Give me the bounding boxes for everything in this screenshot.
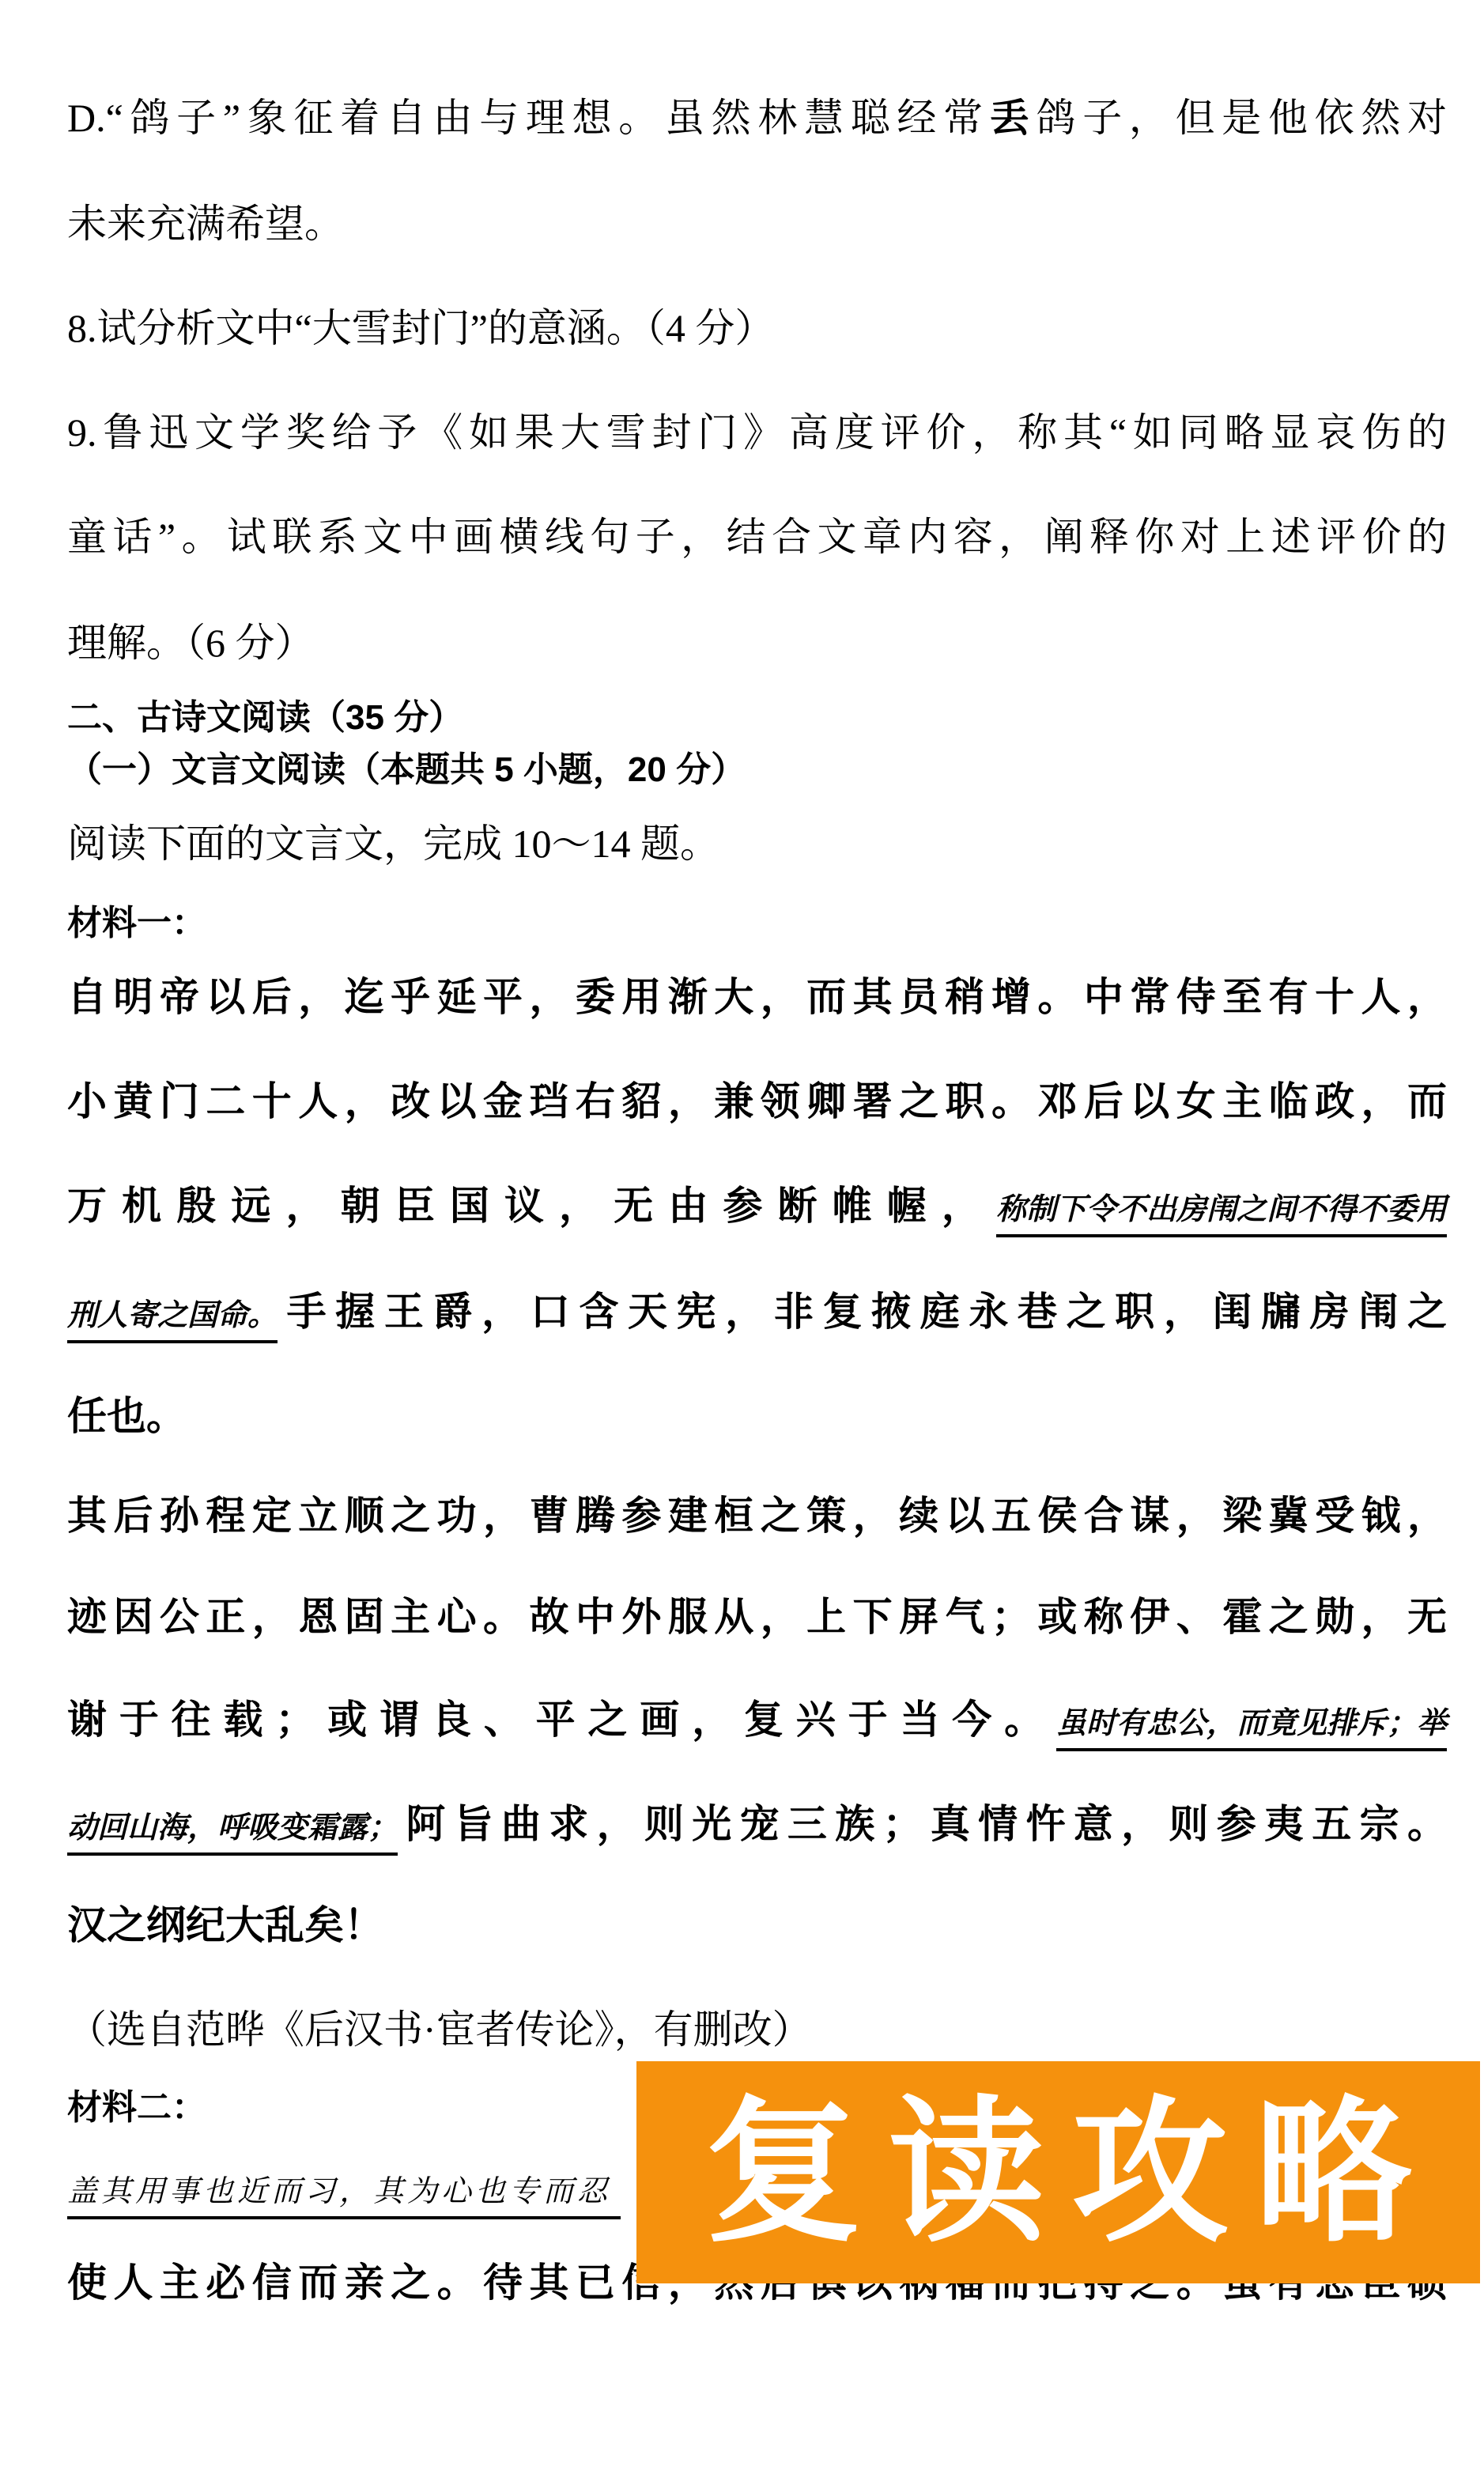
- material-1-line8: 谢于往载；或谓良、平之画，复兴于当今。虽时有忠公，而竟见排斥；举: [67, 1695, 1447, 1751]
- question-9-line1: 9.鲁迅文学奖给予《如果大雪封门》高度评价，称其“如同略显哀伤的: [67, 408, 1447, 458]
- material-1-line7: 迹因公正，恩固主心。故中外服从，上下屏气；或称伊、霍之勋，无: [67, 1592, 1447, 1642]
- option-d-line1: D.“鸽子”象征着自由与理想。虽然林慧聪经常丢鸽子，但是他依然对: [67, 93, 1447, 143]
- option-d-text-pre: D.“鸽子”象征着自由与理想。虽然林慧聪经常: [67, 96, 990, 140]
- material-1-line8-annotation: 虽时有忠公，而竟见排斥；举: [1056, 1708, 1447, 1751]
- material-1-line8-main: 谢于往载；或谓良、平之画，复兴于当今。: [67, 1698, 1056, 1742]
- section-heading: 二、古诗文阅读（35 分）: [67, 696, 1447, 739]
- question-9-line3: 理解。（6 分）: [67, 618, 1447, 668]
- material-1-line9-main: 阿旨曲求，则光宠三族；真情忤意，则参夷五宗。: [398, 1802, 1447, 1846]
- watermark-banner: 复读攻略: [636, 2061, 1480, 2283]
- material-1-label: 材料一：: [67, 901, 1447, 945]
- material-1-line5: 任也。: [67, 1392, 1447, 1441]
- reading-instruction: 阅读下面的文言文，完成 10～14 题。: [67, 819, 1447, 869]
- exam-page: D.“鸽子”象征着自由与理想。虽然林慧聪经常丢鸽子，但是他依然对 未来充满希望。…: [0, 0, 1484, 2470]
- material-1-source: （选自范晔《后汉书·宦者传论》，有删改）: [67, 2005, 1447, 2055]
- material-1-line4-annotation: 刑人寄之国命。: [67, 1300, 278, 1343]
- material-1-line3-annotation: 称制下令不出房闱之间不得不委用: [996, 1194, 1447, 1237]
- material-1-line3: 万机殷远，朝臣国议，无由参断帷幄，称制下令不出房闱之间不得不委用: [67, 1181, 1447, 1237]
- question-8: 8.试分析文中“大雪封门”的意涵。（4 分）: [67, 304, 1447, 353]
- material-1-line10: 汉之纲纪大乱矣！: [67, 1901, 1447, 1951]
- material-1-line6: 其后孙程定立顺之功，曹腾参建桓之策，续以五侯合谋，梁冀受钺，: [67, 1491, 1447, 1541]
- material-2-line1-annotation: 盖其用事也近而习，其为心也专而忍: [67, 2176, 621, 2219]
- material-1-line9-annotation: 动回山海，呼吸变霜露；: [67, 1812, 398, 1856]
- material-1-line2: 小黄门二十人，改以金珰右貂，兼领卿署之职。邓后以女主临政，而: [67, 1077, 1447, 1127]
- subsection-heading: （一）文言文阅读（本题共 5 小题，20 分）: [67, 748, 1447, 791]
- material-1-line9: 动回山海，呼吸变霜露；阿旨曲求，则光宠三族；真情忤意，则参夷五宗。: [67, 1800, 1447, 1856]
- question-9-line2: 童话”。试联系文中画横线句子，结合文章内容，阐释你对上述评价的: [67, 512, 1447, 562]
- watermark-text: 复读攻略: [705, 2094, 1439, 2251]
- material-1-line3-main: 万机殷远，朝臣国议，无由参断帷幄，: [67, 1184, 996, 1228]
- option-d-line2: 未来充满希望。: [67, 199, 1447, 249]
- material-1-line4-main: 手握王爵，口含天宪，非复掖庭永巷之职，闺牖房闱之: [278, 1290, 1447, 1334]
- material-1-line1: 自明帝以后，迄乎延平，委用渐大，而其员稍增。中常侍至有十人，: [67, 973, 1447, 1022]
- material-1-line4: 刑人寄之国命。手握王爵，口含天宪，非复掖庭永巷之职，闺牖房闱之: [67, 1287, 1447, 1343]
- option-d-bold-char: 丢: [990, 96, 1037, 140]
- option-d-text-post: 鸽子，但是他依然对: [1037, 96, 1448, 140]
